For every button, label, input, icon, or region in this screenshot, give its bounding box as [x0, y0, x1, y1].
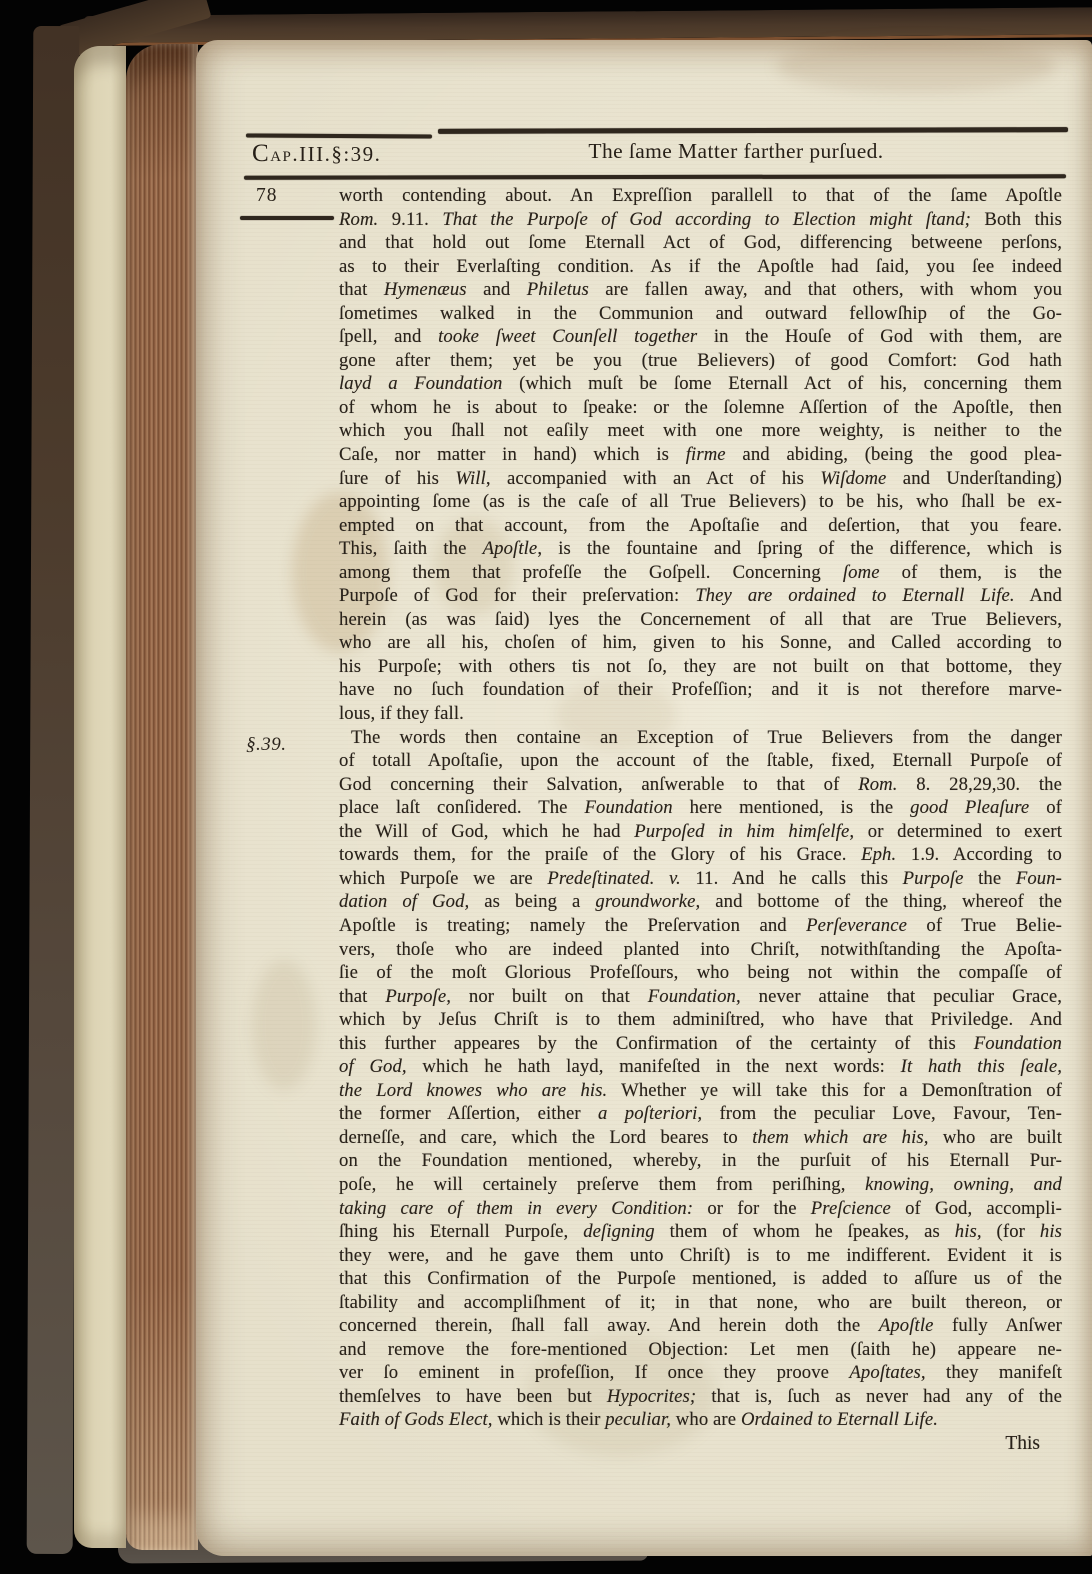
text-line: which Purpoſe we are Predeſtinated. v. 1… — [339, 867, 1062, 891]
text-line: vers, thoſe who are indeed planted into … — [339, 938, 1062, 962]
book-page: Cap.III.§:39. The ſame Matter farther pu… — [196, 40, 1092, 1556]
book-page-edges — [126, 44, 198, 1550]
text-line: ſometimes walked in the Communion and ou… — [339, 302, 1062, 326]
text-line: ſpell, and tooke ſweet Counſell together… — [339, 325, 1062, 349]
text-line: lous, if they fall. — [339, 702, 1062, 726]
text-line: This, ſaith the Apoſtle, is the fountain… — [339, 537, 1062, 561]
page-number: 78 — [256, 185, 278, 207]
text-line: this further appeares by the Confirmatio… — [339, 1032, 1062, 1056]
text-line: layd a Foundation (which muſt be ſome Et… — [339, 372, 1062, 396]
text-line: have no ſuch foundation of their Profeſſ… — [339, 678, 1062, 702]
text-line: on the Foundation mentioned, whereby, in… — [339, 1149, 1062, 1173]
text-line: herein (as was ſaid) lyes the Concerneme… — [339, 608, 1062, 632]
text-line: of whom he is about to ſpeake: or the ſo… — [339, 396, 1062, 420]
chapter-heading: Cap.III.§:39. — [252, 140, 381, 168]
text-line: Apoſtle is treating; namely the Preſerva… — [339, 914, 1062, 938]
book-cover-left-edge — [27, 26, 80, 1554]
text-line: the Will of God, which he had Purpoſed i… — [339, 820, 1062, 844]
text-line: which by Jeſus Chriſt is to them adminiſ… — [339, 1008, 1062, 1032]
text-line: that Hymenæus and Philetus are fallen aw… — [339, 278, 1062, 302]
book-photo: Cap.III.§:39. The ſame Matter farther pu… — [0, 0, 1092, 1574]
text-line: which you ſhall not eaſily meet with one… — [339, 419, 1062, 443]
text-line: his Purpoſe; with others tis not ſo, the… — [339, 655, 1062, 679]
text-line: themſelves to have been but Hypocrites; … — [339, 1385, 1062, 1409]
header-rule-right — [438, 127, 1068, 133]
text-line: dation of God, as being a groundworke, a… — [339, 890, 1062, 914]
paragraph-2: The words then containe an Exception of … — [339, 726, 1062, 1432]
text-line: towards them, for the praiſe of the Glor… — [339, 843, 1062, 867]
book-endpaper — [74, 46, 126, 1548]
text-line: among them that profeſſe the Goſpell. Co… — [339, 561, 1062, 585]
text-block: worth contending about. An Expreſſion pa… — [339, 184, 1062, 1456]
text-line: and that hold out ſome Eternall Act of G… — [339, 231, 1062, 255]
text-line: Rom. 9.11. That the Purpoſe of God accor… — [339, 208, 1062, 232]
text-line: as to their Everlaſting condition. As if… — [339, 255, 1062, 279]
section-mark: §.39. — [246, 734, 287, 756]
text-line: empted on that account, from the Apoſtaſ… — [339, 514, 1062, 538]
text-line: appointing ſome (as is the caſe of all T… — [339, 490, 1062, 514]
paper-stain — [252, 960, 316, 1090]
text-line: ſure of his Will, accompanied with an Ac… — [339, 467, 1062, 491]
text-line: they were, and he gave them unto Chriſt)… — [339, 1244, 1062, 1268]
text-line: Caſe, nor matter in hand) which is firme… — [339, 443, 1062, 467]
paragraph-1: worth contending about. An Expreſſion pa… — [339, 184, 1062, 726]
text-line: Faith of Gods Elect, which is their pecu… — [339, 1408, 1062, 1432]
text-line: derneſſe, and care, which the Lord beare… — [339, 1126, 1062, 1150]
text-line: God concerning their Salvation, anſwerab… — [339, 773, 1062, 797]
text-line: Purpoſe of God for their preſervation: T… — [339, 584, 1062, 608]
text-line: ſtability and accompliſhment of it; in t… — [339, 1291, 1062, 1315]
text-line: of totall Apoſtaſie, upon the account of… — [339, 749, 1062, 773]
text-line: that this Confirmation of the Purpoſe me… — [339, 1267, 1062, 1291]
text-line: taking care of them in every Condition: … — [339, 1197, 1062, 1221]
text-line: and remove the fore-mentioned Objection:… — [339, 1338, 1062, 1362]
text-line: ſie of the moſt Glorious Profeſſours, wh… — [339, 961, 1062, 985]
text-line: poſe, he will certainely preſerve them f… — [339, 1173, 1062, 1197]
running-title: The ſame Matter farther purſued. — [486, 139, 986, 164]
text-line: place laſt conſidered. The Foundation he… — [339, 796, 1062, 820]
catchword: This — [339, 1432, 1062, 1456]
text-line: the Lord knowes who are his. Whether ye … — [339, 1079, 1062, 1103]
text-line: ver ſo eminent in profeſſion, If once th… — [339, 1361, 1062, 1385]
text-line: ſhing his Eternall Purpoſe, deſigning th… — [339, 1220, 1062, 1244]
text-line: the former Aſſertion, either a poſterior… — [339, 1102, 1062, 1126]
text-line: worth contending about. An Expreſſion pa… — [339, 184, 1062, 208]
text-line: concerned therein, ſhall fall away. And … — [339, 1314, 1062, 1338]
header-rule-bottom — [244, 174, 1066, 179]
text-line: gone after them; yet be you (true Believ… — [339, 349, 1062, 373]
text-line: who are all his, choſen of him, given to… — [339, 631, 1062, 655]
page-number-rule — [240, 216, 334, 220]
header-rule-left — [246, 134, 432, 139]
text-line: of God, which he hath layd, manifeſted i… — [339, 1055, 1062, 1079]
paper-stain — [776, 40, 1056, 92]
text-line: The words then containe an Exception of … — [339, 726, 1062, 750]
text-line: that Purpoſe, nor built on that Foundati… — [339, 985, 1062, 1009]
